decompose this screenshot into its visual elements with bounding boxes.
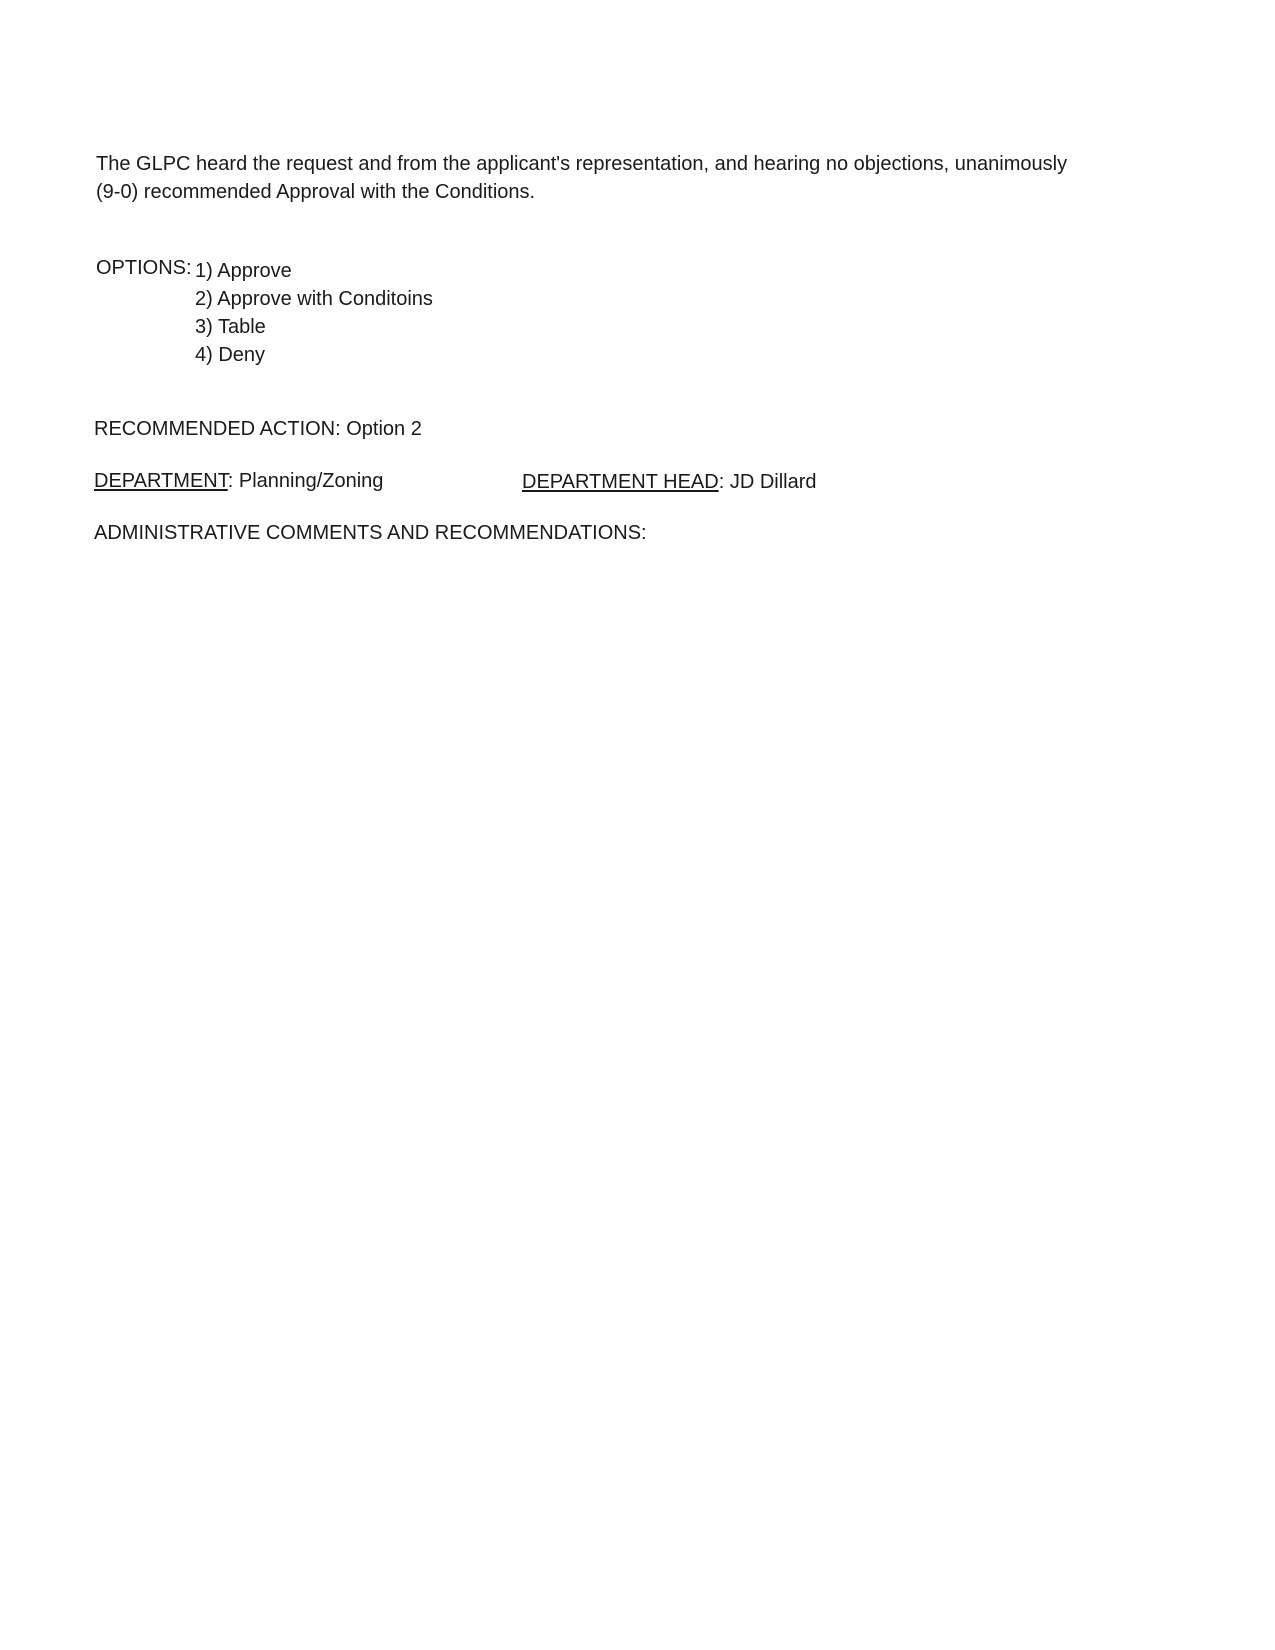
option-item-4: 4) Deny — [195, 341, 433, 369]
administrative-comments-heading: ADMINISTRATIVE COMMENTS AND RECOMMENDATI… — [94, 522, 647, 545]
recommended-action-value: Option 2 — [346, 418, 422, 440]
summary-paragraph: The GLPC heard the request and from the … — [96, 150, 1067, 206]
option-item-1: 1) Approve — [195, 257, 433, 285]
department-head: DEPARTMENT HEAD: JD Dillard — [522, 471, 817, 494]
options-label: OPTIONS: — [96, 257, 192, 280]
summary-line-1: The GLPC heard the request and from the … — [96, 150, 1067, 178]
options-list: 1) Approve 2) Approve with Conditoins 3)… — [195, 257, 433, 369]
department-head-value: : JD Dillard — [719, 471, 817, 493]
option-item-2: 2) Approve with Conditoins — [195, 285, 433, 313]
department-value: : Planning/Zoning — [228, 470, 384, 492]
option-item-3: 3) Table — [195, 313, 433, 341]
summary-line-2: (9-0) recommended Approval with the Cond… — [96, 178, 1067, 206]
recommended-action-label: RECOMMENDED ACTION: — [94, 418, 341, 440]
recommended-action: RECOMMENDED ACTION: Option 2 — [94, 418, 422, 441]
department-head-label: DEPARTMENT HEAD — [522, 471, 719, 493]
department: DEPARTMENT: Planning/Zoning — [94, 470, 383, 493]
department-label: DEPARTMENT — [94, 470, 228, 492]
